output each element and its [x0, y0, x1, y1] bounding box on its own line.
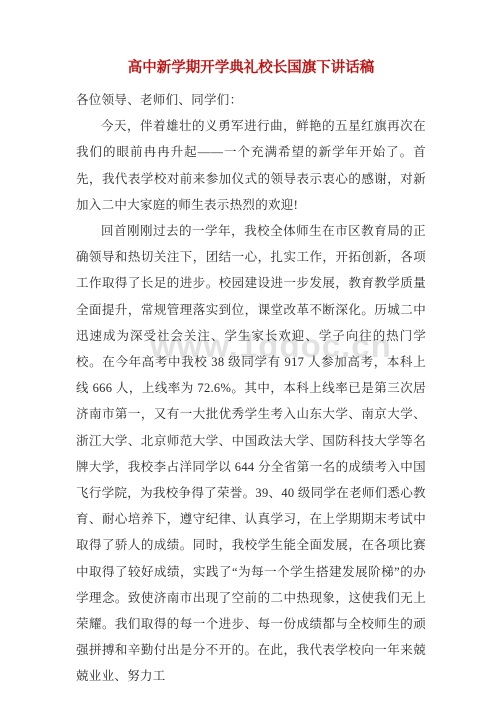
salutation-line: 各位领导、老师们、同学们： — [76, 87, 426, 113]
document-body: 各位领导、老师们、同学们： 今天，伴着雄壮的义勇军进行曲，鲜艳的五星红旗再次在我… — [76, 87, 426, 690]
document-page: www.1ddoc.cn 高中新学期开学典礼校长国旗下讲话稿 各位领导、老师们、… — [0, 0, 500, 708]
document-content: 高中新学期开学典礼校长国旗下讲话稿 各位领导、老师们、同学们： 今天，伴着雄壮的… — [0, 0, 500, 690]
paragraph-review: 回首刚刚过去的一学年，我校全体师生在市区教育局的正确领导和热切关注下，团结一心，… — [76, 218, 426, 690]
paragraph-opening: 今天，伴着雄壮的义勇军进行曲，鲜艳的五星红旗再次在我们的眼前冉冉升起——一个充满… — [76, 113, 426, 218]
document-title: 高中新学期开学典礼校长国旗下讲话稿 — [76, 57, 426, 79]
